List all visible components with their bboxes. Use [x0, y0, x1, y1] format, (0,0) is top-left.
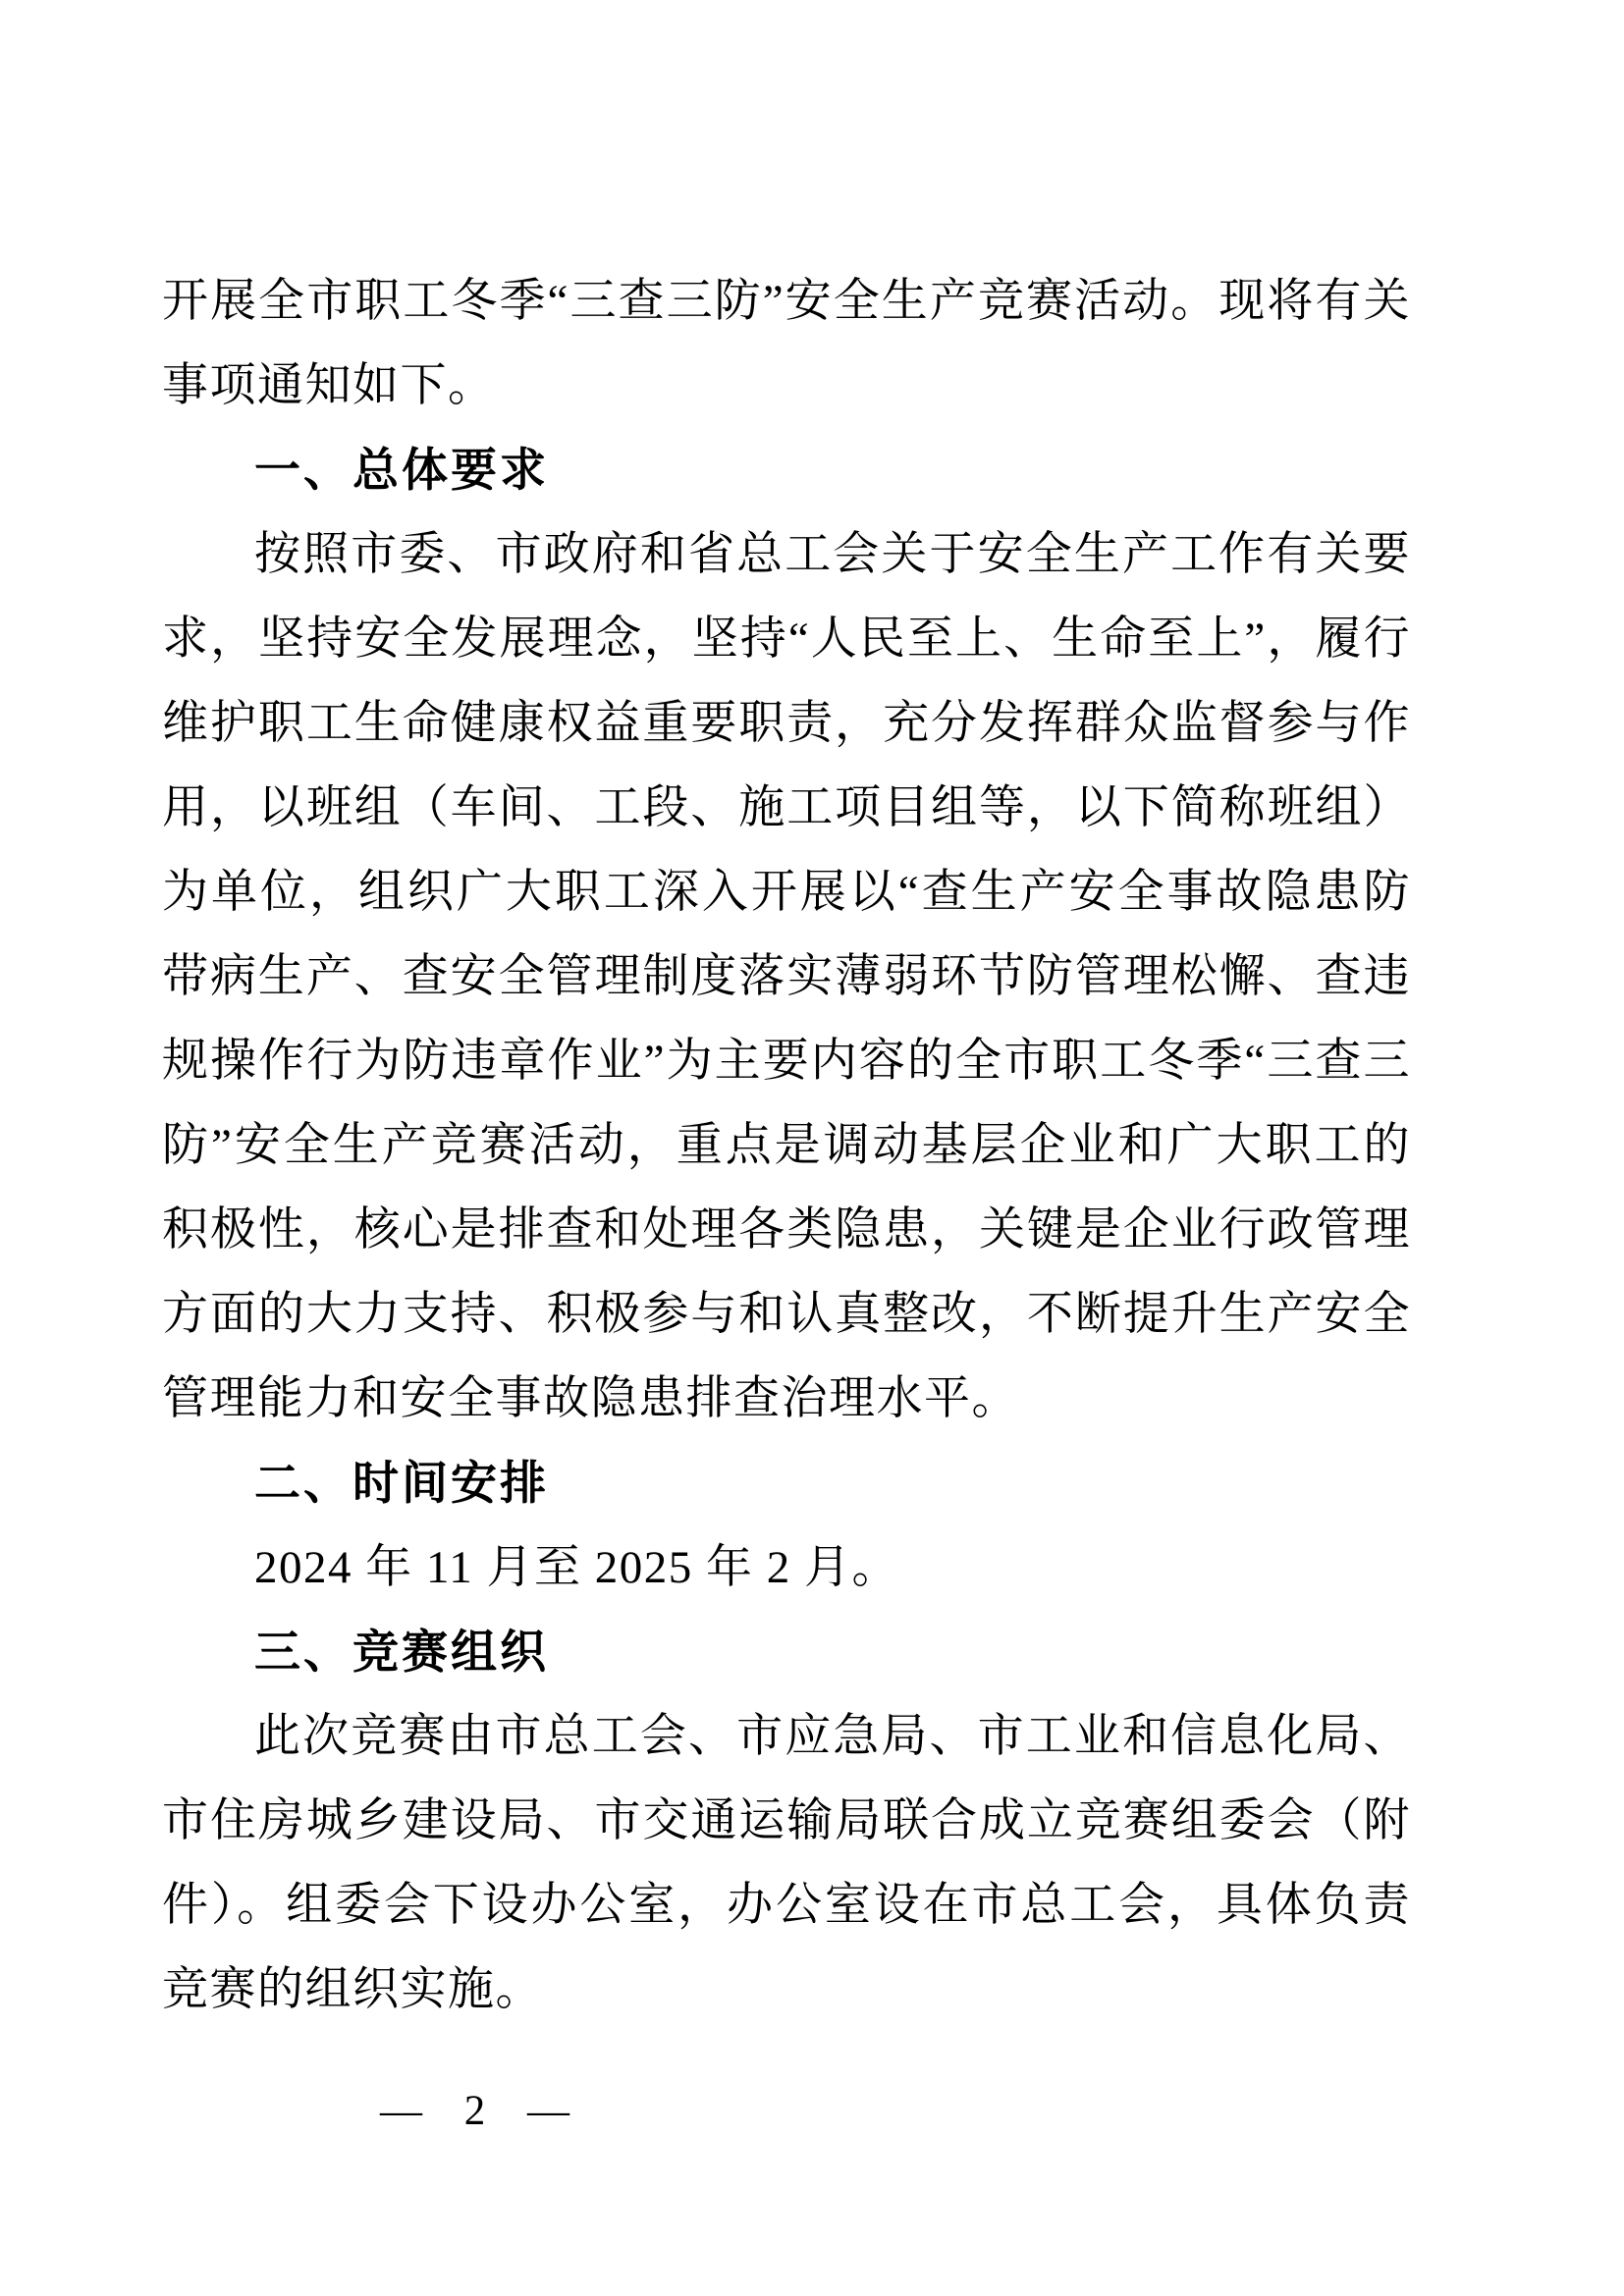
paragraph-competition-organization: 此次竞赛由市总工会、市应急局、市工业和信息化局、市住房城乡建设局、市交通运输局联… [162, 1694, 1411, 2032]
document-page: 开展全市职工冬季“三查三防”安全生产竞赛活动。现将有关事项通知如下。 一、总体要… [0, 0, 1624, 2296]
section-heading-competition-organization: 三、竞赛组织 [162, 1610, 1411, 1694]
paragraph-continuation: 开展全市职工冬季“三查三防”安全生产竞赛活动。现将有关事项通知如下。 [162, 259, 1411, 428]
paragraph-overall-requirements: 按照市委、市政府和省总工会关于安全生产工作有关要求，坚持安全发展理念，坚持“人民… [162, 512, 1411, 1441]
paragraph-time-schedule: 2024 年 11 月至 2025 年 2 月。 [162, 1525, 1411, 1610]
section-heading-time-schedule: 二、时间安排 [162, 1441, 1411, 1525]
page-footer: — 2 — [244, 2048, 577, 2174]
section-heading-overall-requirements: 一、总体要求 [162, 428, 1411, 512]
page-number: — 2 — [380, 2088, 577, 2134]
document-body: 开展全市职工冬季“三查三防”安全生产竞赛活动。现将有关事项通知如下。 一、总体要… [162, 259, 1411, 2032]
